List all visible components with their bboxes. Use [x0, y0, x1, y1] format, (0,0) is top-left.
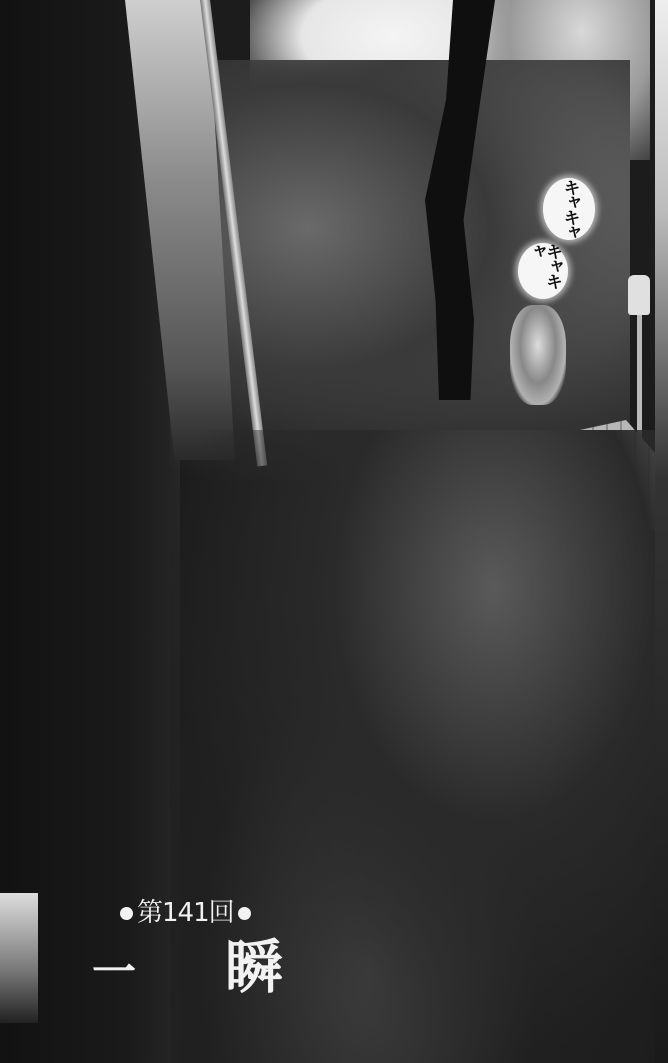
light-patch: [0, 893, 38, 1023]
speech-bubble-text: キャキャ: [561, 179, 578, 239]
page-edge: [655, 0, 668, 1063]
chibi-girl-figure: [510, 305, 566, 405]
chapter-title-char-1: 一: [92, 936, 136, 1000]
street-lamp: [628, 275, 650, 315]
speech-bubble-text: キャキャ: [526, 243, 560, 299]
speech-bubble: キャキャ: [518, 243, 568, 299]
chapter-title-char-2: 瞬: [225, 920, 283, 1004]
speech-bubble: キャキャ: [543, 178, 595, 240]
bullet-dot-icon: [238, 907, 251, 920]
manga-page: キャキャ キャキャ 第141回 一 瞬: [0, 0, 668, 1063]
bullet-dot-icon: [120, 907, 133, 920]
chapter-number-label: 第141回: [137, 898, 234, 928]
